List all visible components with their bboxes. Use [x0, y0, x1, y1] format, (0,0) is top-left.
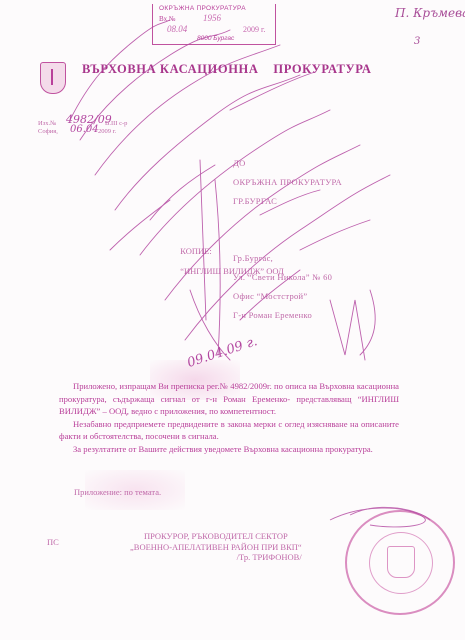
handwritten-name: П. Кръмева [395, 6, 465, 20]
stamp-number-label: Вх.№ [159, 15, 176, 23]
copy-street: Ул. “Свети Никола” № 60 [233, 272, 332, 282]
stamp-date: 08.04 [167, 24, 187, 34]
stamp-city: 8000 Бургас [197, 35, 234, 42]
letter-body: Приложено, изпращам Ви преписка рег.№ 49… [59, 380, 399, 455]
body-paragraph: За резултатите от Вашите действия уведом… [59, 443, 399, 456]
recipient-office: ОКРЪЖНА ПРОКУРАТУРА [233, 177, 342, 187]
copy-office: Офис “Мостстрой” [233, 291, 307, 301]
signature-initials: ПС [47, 537, 59, 547]
outgoing-unit: В.III с-р [105, 120, 127, 127]
signature-title-line2: „ВОЕННО-АПЕЛАТИВЕН РАЙОН ПРИ ВКП“ [130, 542, 302, 553]
stamp-title: ОКРЪЖНА ПРОКУРАТУРА [159, 5, 246, 12]
copy-person: Г-н Роман Еременко [233, 310, 312, 320]
body-paragraph: Незабавно предприемете предвидените в за… [59, 418, 399, 443]
city-label: София, [38, 128, 58, 135]
signature-block: ПРОКУРОР, РЪКОВОДИТЕЛ СЕКТОР „ВОЕННО-АПЕ… [130, 531, 302, 563]
attachment-line: Приложение: по темата. [74, 487, 161, 497]
body-paragraph: Приложено, изпращам Ви преписка рег.№ 49… [59, 380, 399, 418]
recipient-city: ГР.БУРГАС [233, 196, 277, 206]
copy-city: Гр.Бургас, [233, 253, 273, 263]
official-round-stamp [345, 510, 455, 615]
stamp-year: 2009 г. [243, 25, 265, 34]
prosecution-emblem-icon [40, 62, 66, 94]
letterhead-title: ВЪРХОВНА КАСАЦИОННА ПРОКУРАТУРА [82, 62, 372, 77]
recipient-to: ДО [233, 158, 246, 168]
outgoing-date: 06.04 [70, 124, 99, 135]
stamp-number-value: 1956 [203, 13, 221, 23]
stamp-crest-icon [387, 546, 415, 578]
incoming-registration-stamp: ОКРЪЖНА ПРОКУРАТУРА Вх.№ 1956 08.04 2009… [152, 4, 276, 45]
outgoing-number-label: Изх.№ [38, 120, 56, 127]
page-number: 3 [414, 36, 420, 47]
copy-label: КОПИЕ: [180, 246, 211, 256]
signature-title-line1: ПРОКУРОР, РЪКОВОДИТЕЛ СЕКТОР [130, 531, 302, 542]
signature-name: /Тр. ТРИФОНОВ/ [130, 552, 302, 563]
outgoing-year: 2009 г. [98, 128, 116, 135]
